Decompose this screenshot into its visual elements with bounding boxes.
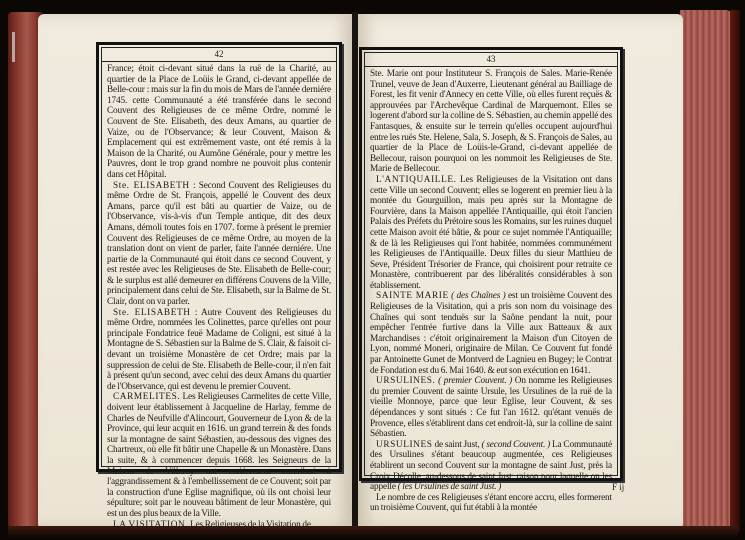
paragraph-heading: L'ANTIQUAILLE. (376, 175, 457, 185)
paragraph-heading: Ste. ELISABETH (113, 181, 190, 191)
paragraph-heading: SAINTE MARIE (376, 291, 449, 301)
paragraph-text: : Autre Couvent des Religieuses du même … (107, 308, 331, 392)
paragraph-subtitle: ( second Couvent. ) (481, 440, 550, 450)
book-photo: 42 France; étoit ci-devant situé dans la… (0, 0, 745, 540)
paragraph: Le nombre de ces Religieuses s'étant enc… (370, 493, 612, 514)
page-number-right: 43 (365, 53, 617, 67)
paragraph-heading: URSULINES (376, 440, 433, 450)
paragraph: Ste. ELISABETH : Second Couvent des Reli… (107, 181, 331, 308)
paragraph-text: Les Religieuses de la Visitation de (190, 520, 311, 530)
paragraph-text: Le nombre de ces Religieuses s'étant enc… (370, 493, 612, 514)
paragraph-text: Ste. Marie ont pour Instituteur S. Franç… (370, 69, 612, 174)
paragraph: LA VISITATION. Les Religieuses de la Vis… (107, 520, 331, 531)
book-edge-left (8, 12, 42, 530)
paragraph-heading: LA VISITATION. (113, 520, 188, 530)
paragraph-subtitle: ( premier Couvent. ) (438, 376, 512, 386)
paragraph: France; étoit ci-devant situé dans la ru… (107, 64, 331, 181)
paragraph-heading: Ste. ELISABETH (113, 308, 191, 318)
paragraph-text: : Second Couvent des Religieuses du même… (107, 181, 331, 308)
book-edge-right (680, 10, 732, 532)
paragraph-text: de saint Just, (434, 440, 479, 450)
paragraph-text: Les Religieuses de la Visitation ont dan… (370, 175, 612, 291)
paragraph-heading: CARMELITES. (113, 392, 180, 402)
left-page-text: France; étoit ci-devant situé dans la ru… (107, 64, 331, 530)
paragraph: L'ANTIQUAILLE. Les Religieuses de la Vis… (370, 175, 612, 292)
paragraph-text: Les Religieuses Carmelites de cette Vill… (107, 392, 331, 519)
paragraph-text: est un troisième Couvent des Religieuses… (370, 291, 612, 375)
paragraph: URSULINES. ( premier Couvent. ) On nomme… (370, 376, 612, 440)
paragraph: Ste. ELISABETH : Autre Couvent des Relig… (107, 308, 331, 393)
right-page-text: Ste. Marie ont pour Instituteur S. Franç… (370, 69, 612, 514)
right-page-text-frame: 43 Ste. Marie ont pour Instituteur S. Fr… (359, 47, 623, 481)
paragraph-subtitle: ( des Chaînes ) (451, 291, 505, 301)
signature-mark: F ij (612, 482, 624, 492)
paragraph: Ste. Marie ont pour Instituteur S. Franç… (370, 69, 612, 175)
book-gutter (352, 12, 358, 530)
paragraph: CARMELITES. Les Religieuses Carmelites d… (107, 392, 331, 519)
paragraph-text: France; étoit ci-devant situé dans la ru… (107, 64, 331, 180)
paragraph-italic-end: ( les Ursulines de saint Just. ) (398, 482, 502, 492)
paragraph: SAINTE MARIE ( des Chaînes ) est un troi… (370, 291, 612, 376)
page-number-left: 42 (102, 48, 336, 62)
paragraph: URSULINES de saint Just, ( second Couven… (370, 440, 612, 493)
paragraph-heading: URSULINES. (376, 376, 435, 386)
left-page-text-frame: 42 France; étoit ci-devant situé dans la… (96, 42, 342, 472)
